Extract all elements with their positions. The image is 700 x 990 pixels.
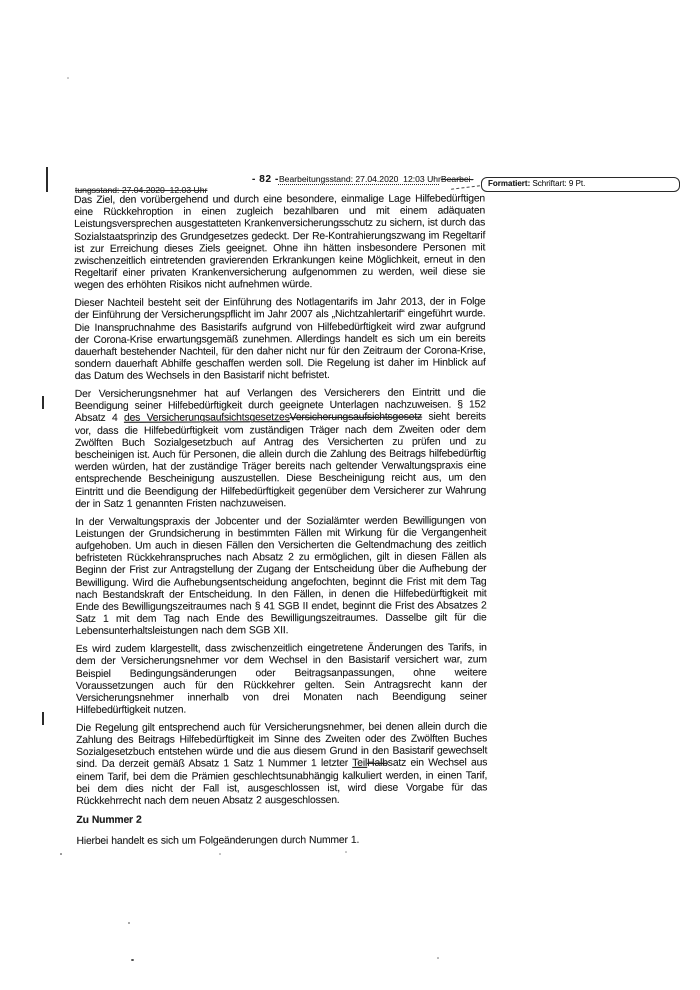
scan-speck xyxy=(219,853,221,855)
text-run: Dieser Nachteil besteht seit der Einführ… xyxy=(74,297,485,383)
paragraph: Hierbei handelt es sich um Folgeänderung… xyxy=(76,835,487,849)
paragraph: Das Ziel, den vorübergehend und durch ei… xyxy=(74,193,485,292)
format-comment-detail: Schriftart: 9 Pt. xyxy=(530,179,585,188)
text-run: Das Ziel, den vorübergehend und durch ei… xyxy=(74,193,485,291)
inserted-text: Teil xyxy=(352,758,367,769)
inserted-text: des Versicherungsaufsichtsgesetzes xyxy=(124,413,290,425)
deleted-revision-stamp-part1: Bearbei- xyxy=(441,174,473,184)
text-run: Hierbei handelt es sich um Folgeänderung… xyxy=(76,835,359,847)
paragraph: Der Versicherungsnehmer hat auf Verlange… xyxy=(75,387,486,511)
scan-speck xyxy=(345,851,347,853)
text-run: In der Verwaltungspraxis der Jobcenter u… xyxy=(75,515,486,637)
text-run: sieht bereits vor, dass die Hilfebedürft… xyxy=(75,412,486,510)
section-heading: Zu Nummer 2 xyxy=(76,814,487,828)
page-number: - 82 - xyxy=(252,174,279,185)
document-page: - 82 -Bearbeitungsstand: 27.04.2020 12:0… xyxy=(0,0,700,990)
scan-speck xyxy=(67,77,69,79)
comment-connector-line xyxy=(451,185,480,190)
deleted-text: Halb xyxy=(367,758,388,769)
format-comment-balloon: Formatiert: Schriftart: 9 Pt. xyxy=(481,177,680,193)
change-bar-header xyxy=(46,167,48,192)
change-bar-paragraph6 xyxy=(42,712,44,725)
format-comment-label: Formatiert: xyxy=(488,179,530,188)
inserted-revision-stamp: Bearbeitungsstand: 27.04.2020 12:03 Uhr xyxy=(279,174,441,184)
deleted-text: Versicherungsaufsichtsgesetz xyxy=(290,412,422,424)
deleted-revision-stamp-part2: tungsstand: 27.04.2020 12.03 Uhr xyxy=(75,185,207,195)
text-run: Es wird zudem klargestellt, dass zwische… xyxy=(76,643,487,717)
paragraph: Dieser Nachteil besteht seit der Einführ… xyxy=(74,297,485,384)
text-run: Zu Nummer 2 xyxy=(76,815,141,826)
change-bar-paragraph3 xyxy=(42,396,44,409)
scan-speck xyxy=(128,922,130,924)
body-paragraphs: Das Ziel, den vorübergehend und durch ei… xyxy=(74,193,488,854)
paragraph: Die Regelung gilt entsprechend auch für … xyxy=(76,721,487,808)
scan-speck xyxy=(437,957,439,959)
scan-speck xyxy=(131,959,134,961)
paragraph: Es wird zudem klargestellt, dass zwische… xyxy=(76,643,487,718)
scan-speck xyxy=(60,853,62,855)
paragraph: In der Verwaltungspraxis der Jobcenter u… xyxy=(75,515,486,639)
page-header: - 82 -Bearbeitungsstand: 27.04.2020 12:0… xyxy=(252,174,473,185)
